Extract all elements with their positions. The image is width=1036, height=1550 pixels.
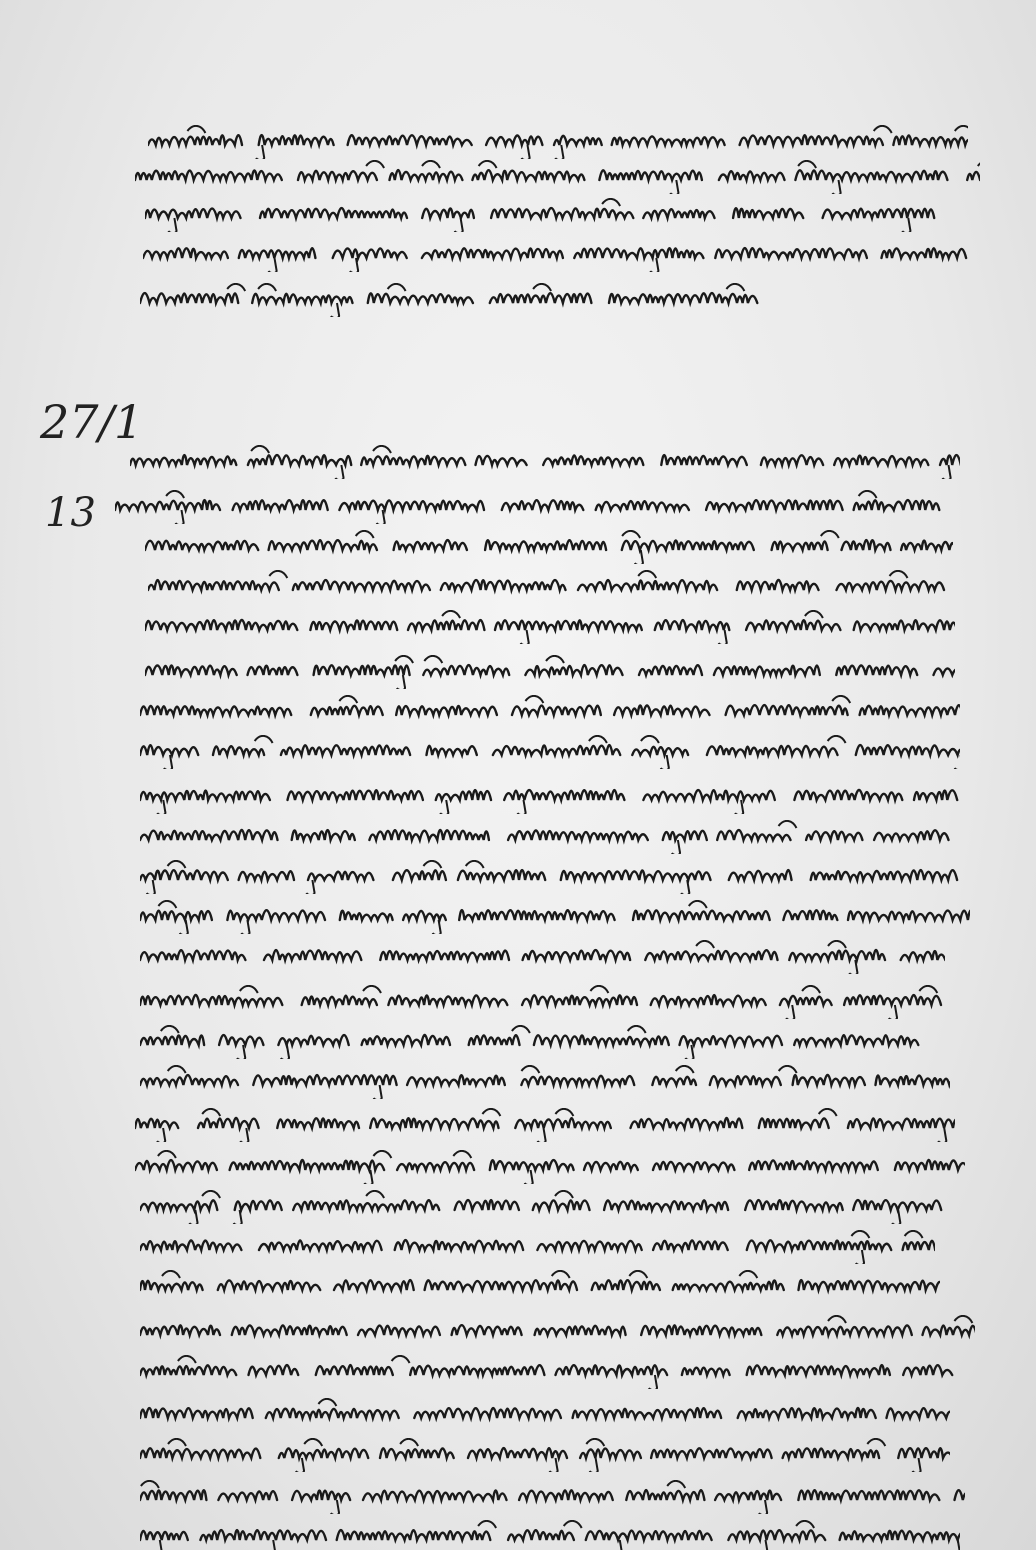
handwritten-line — [148, 570, 968, 604]
handwritten-line — [140, 780, 970, 814]
handwritten-line — [140, 1355, 960, 1389]
handwritten-line — [140, 1065, 950, 1099]
handwritten-line — [140, 820, 960, 854]
handwritten-line — [145, 610, 955, 644]
handwritten-line — [148, 125, 968, 159]
handwritten-line — [140, 1190, 960, 1224]
handwritten-line — [140, 1230, 935, 1264]
handwritten-line — [140, 283, 760, 317]
handwritten-line — [143, 238, 975, 272]
handwritten-line — [140, 860, 960, 894]
handwritten-line — [140, 900, 970, 934]
handwritten-line — [140, 1398, 950, 1432]
handwritten-line — [140, 1520, 960, 1550]
handwritten-line — [140, 940, 945, 974]
handwritten-line — [135, 1150, 965, 1184]
handwritten-line — [140, 735, 960, 769]
handwritten-line — [145, 655, 955, 689]
handwritten-line — [140, 1025, 940, 1059]
manuscript-page: 27/113 — [0, 0, 1036, 1550]
handwritten-line — [140, 1480, 965, 1514]
handwritten-line — [140, 1315, 975, 1349]
margin-note: 13 — [45, 490, 96, 536]
handwritten-line — [135, 160, 980, 194]
margin-note: 27/1 — [40, 395, 143, 449]
handwritten-line — [140, 985, 950, 1019]
handwritten-line — [145, 530, 953, 564]
handwritten-line — [115, 490, 950, 524]
handwritten-line — [130, 445, 960, 479]
handwritten-line — [140, 695, 960, 729]
handwritten-line — [140, 1270, 940, 1304]
handwritten-line — [135, 1108, 955, 1142]
handwritten-line — [140, 1438, 950, 1472]
handwritten-line — [145, 198, 960, 232]
